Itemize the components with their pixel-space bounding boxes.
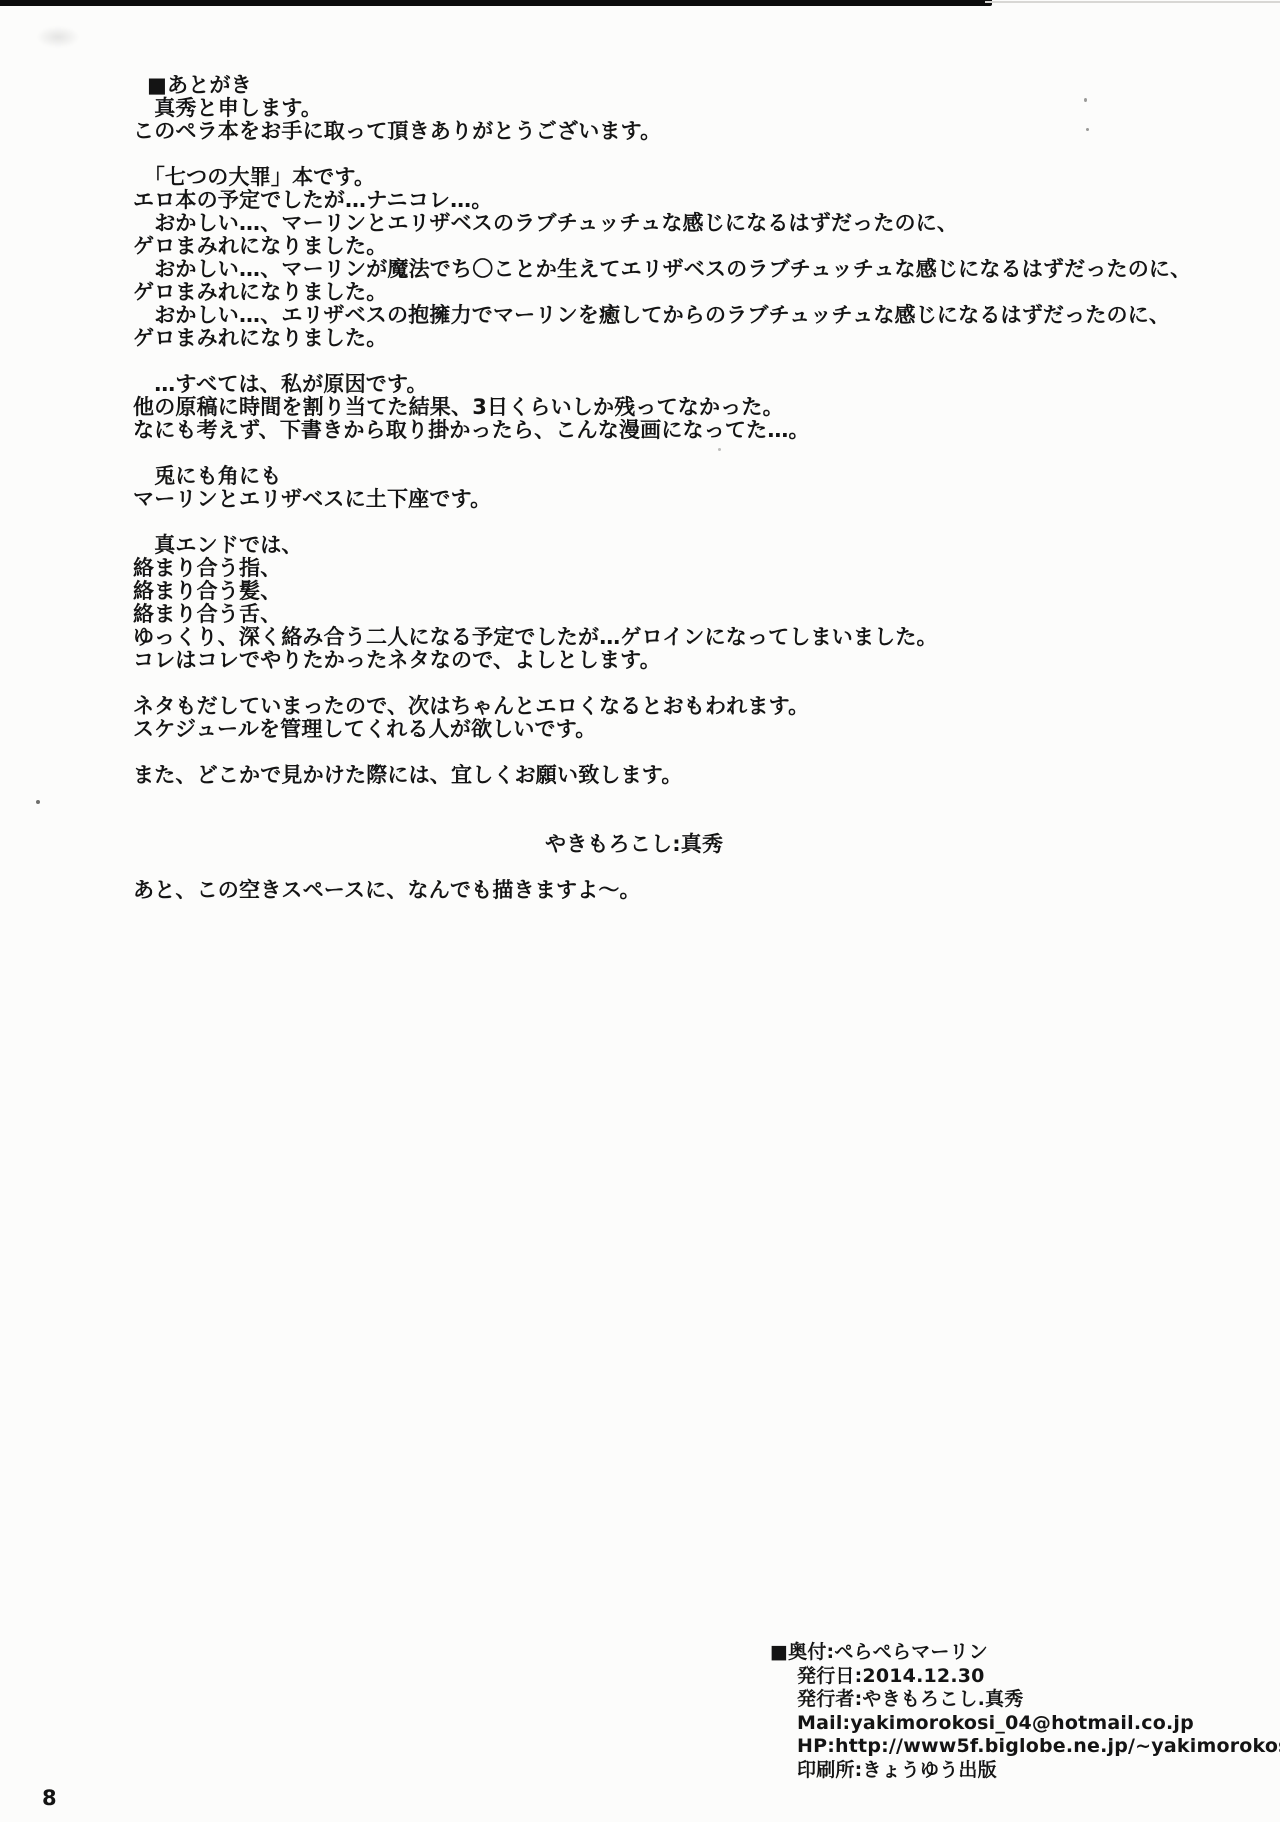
colophon-mail: Mail:yakimorokosi_04@hotmail.co.jp xyxy=(770,1712,1280,1736)
afterword-heading: ■あとがき xyxy=(133,74,1253,97)
scan-artifact-speck xyxy=(36,800,40,804)
scan-artifact-top-line xyxy=(0,0,992,6)
colophon-publisher: 発行者:やきもろこし.真秀 xyxy=(770,1688,1280,1712)
colophon-homepage: HP:http://www5f.biglobe.ne.jp/~yakimorok… xyxy=(770,1735,1280,1759)
colophon-printer: 印刷所:きょうゆう出版 xyxy=(770,1759,1280,1783)
scanned-page: ■あとがき 真秀と申します。 このペラ本をお手に取って頂きありがとうございます。… xyxy=(0,0,1280,1822)
scan-artifact-top-line-faint xyxy=(985,1,1280,3)
afterword-postscript: あと、この空きスペースに、なんでも描きますよ～。 xyxy=(133,879,1253,902)
colophon-section: ■奥付:ぺらぺらマーリン 発行日:2014.12.30 発行者:やきもろこし.真… xyxy=(770,1641,1280,1782)
author-signature: やきもろこし:真秀 xyxy=(133,833,1253,856)
colophon-title: ■奥付:ぺらぺらマーリン xyxy=(770,1641,1280,1665)
scan-artifact-smudge xyxy=(36,26,80,48)
page-number: 8 xyxy=(42,1786,57,1810)
afterword-body-text: 真秀と申します。 このペラ本をお手に取って頂きありがとうございます。 「七つの大… xyxy=(133,97,1253,787)
colophon-publish-date: 発行日:2014.12.30 xyxy=(770,1665,1280,1689)
afterword-section: ■あとがき 真秀と申します。 このペラ本をお手に取って頂きありがとうございます。… xyxy=(133,74,1253,902)
